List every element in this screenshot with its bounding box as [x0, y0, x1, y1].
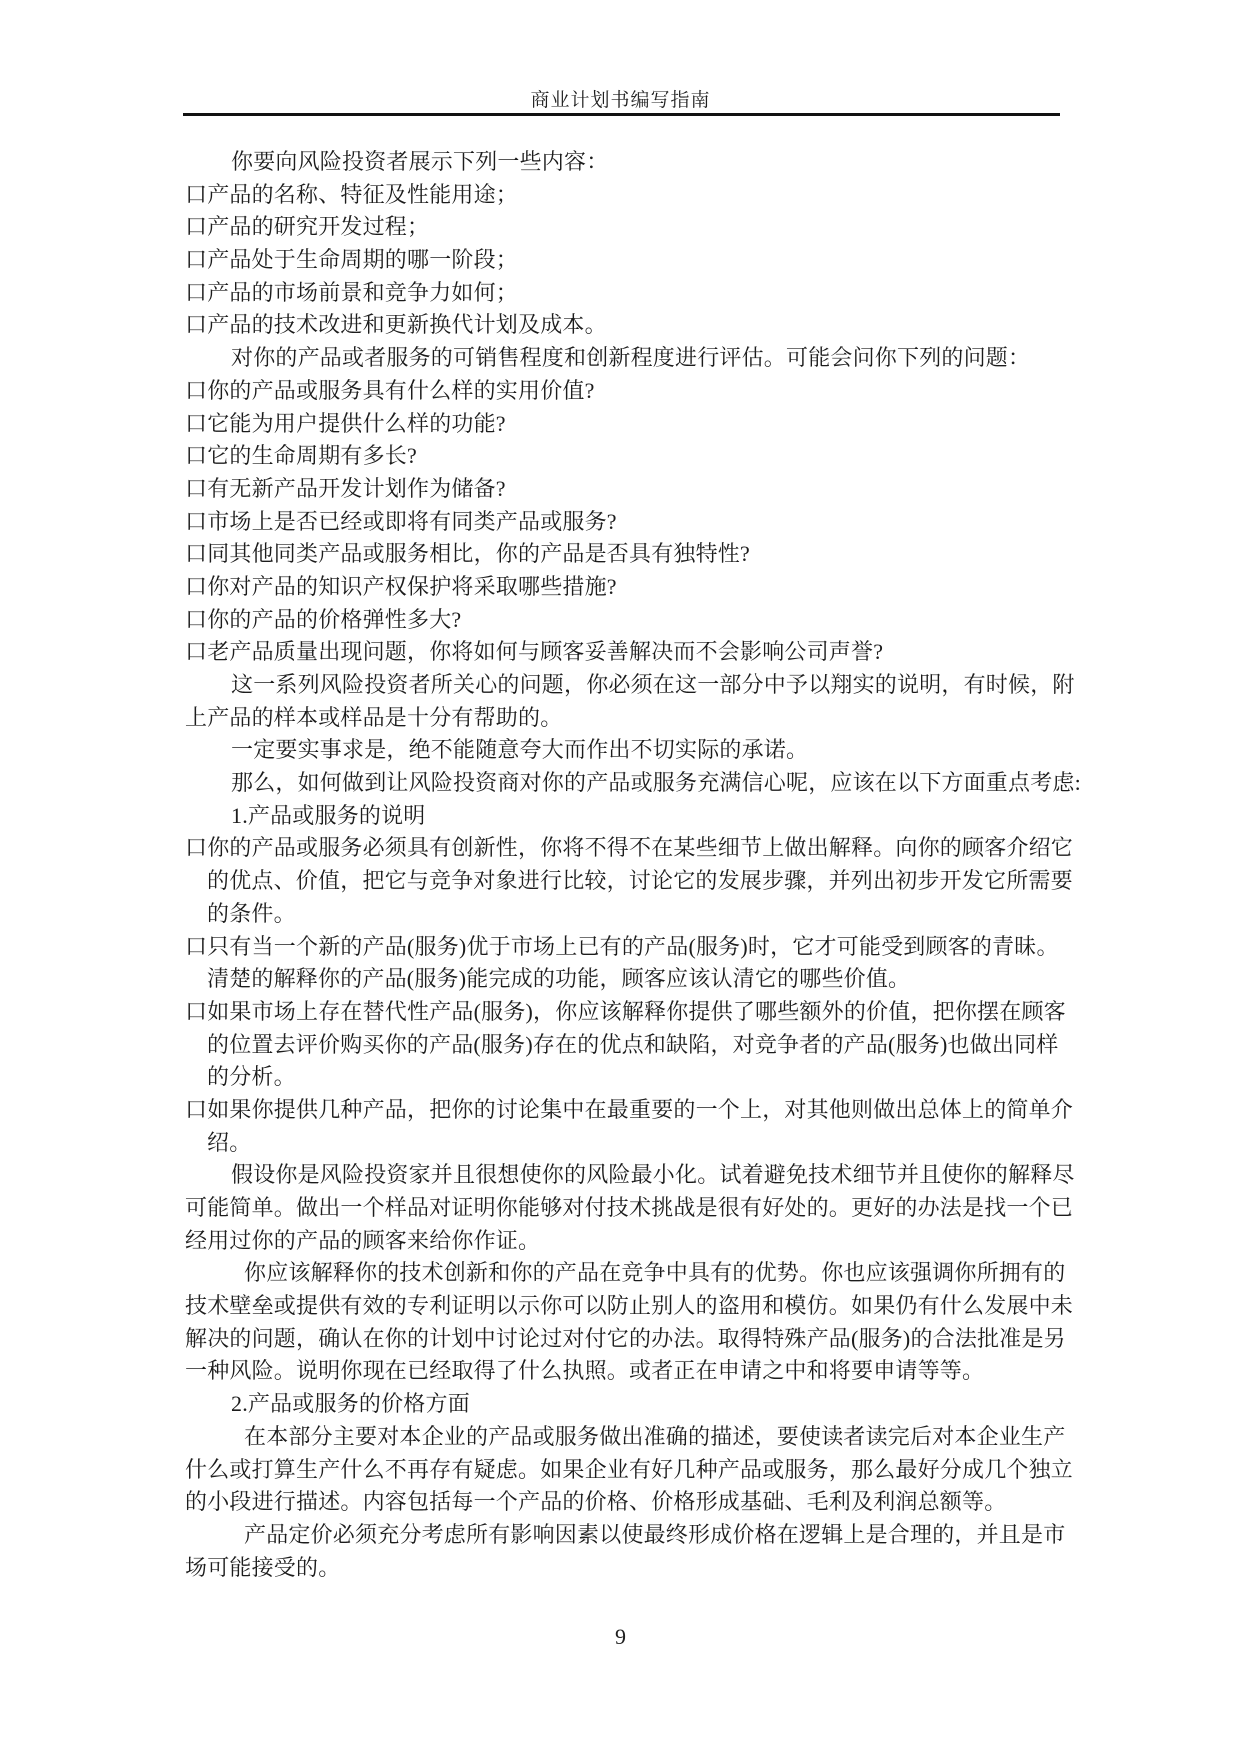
text-line: 可能简单。做出一个样品对证明你能够对付技术挑战是很有好处的。更好的办法是找一个已 [185, 1192, 1065, 1225]
text-line: 口如果市场上存在替代性产品(服务)，你应该解释你提供了哪些额外的价值，把你摆在顾… [185, 996, 1065, 1029]
text-line: 对你的产品或者服务的可销售程度和创新程度进行评估。可能会问你下列的问题： [185, 342, 1065, 375]
text-line: 解决的问题，确认在你的计划中讨论过对付它的办法。取得特殊产品(服务)的合法批准是… [185, 1323, 1065, 1356]
text-line: 的小段进行描述。内容包括每一个产品的价格、价格形成基础、毛利及利润总额等。 [185, 1486, 1065, 1519]
text-line: 口你的产品或服务具有什么样的实用价值? [185, 375, 1065, 408]
page-header-title: 商业计划书编写指南 [0, 85, 1241, 112]
text-line: 经用过你的产品的顾客来给你作证。 [185, 1225, 1065, 1258]
text-line: 口产品的技术改进和更新换代计划及成本。 [185, 309, 1065, 342]
text-line: 这一系列风险投资者所关心的问题，你必须在这一部分中予以翔实的说明，有时候，附 [185, 669, 1065, 702]
text-line: 产品定价必须充分考虑所有影响因素以使最终形成价格在逻辑上是合理的，并且是市 [185, 1519, 1065, 1552]
text-line: 口产品的市场前景和竞争力如何； [185, 277, 1065, 310]
text-line: 口老产品质量出现问题，你将如何与顾客妥善解决而不会影响公司声誉? [185, 636, 1065, 669]
text-line: 你应该解释你的技术创新和你的产品在竞争中具有的优势。你也应该强调你所拥有的 [185, 1257, 1065, 1290]
text-line: 绍。 [185, 1127, 1065, 1160]
text-line: 口它的生命周期有多长? [185, 440, 1065, 473]
text-line: 你要向风险投资者展示下列一些内容： [185, 146, 1065, 179]
text-line: 一定要实事求是，绝不能随意夸大而作出不切实际的承诺。 [185, 734, 1065, 767]
text-line: 口你的产品的价格弹性多大? [185, 604, 1065, 637]
text-line: 技术壁垒或提供有效的专利证明以示你可以防止别人的盗用和模仿。如果仍有什么发展中未 [185, 1290, 1065, 1323]
document-body: 你要向风险投资者展示下列一些内容：口产品的名称、特征及性能用途；口产品的研究开发… [185, 146, 1065, 1584]
text-line: 清楚的解释你的产品(服务)能完成的功能，顾客应该认清它的哪些价值。 [185, 963, 1065, 996]
text-line: 那么，如何做到让风险投资商对你的产品或服务充满信心呢，应该在以下方面重点考虑: [185, 767, 1065, 800]
text-line: 口你的产品或服务必须具有创新性，你将不得不在某些细节上做出解释。向你的顾客介绍它 [185, 832, 1065, 865]
text-line: 口产品的名称、特征及性能用途； [185, 179, 1065, 212]
text-line: 口如果你提供几种产品，把你的讨论集中在最重要的一个上，对其他则做出总体上的简单介 [185, 1094, 1065, 1127]
text-line: 口产品处于生命周期的哪一阶段； [185, 244, 1065, 277]
text-line: 2.产品或服务的价格方面 [185, 1388, 1065, 1421]
text-line: 口你对产品的知识产权保护将采取哪些措施? [185, 571, 1065, 604]
text-line: 假设你是风险投资家并且很想使你的风险最小化。试着避免技术细节并且使你的解释尽 [185, 1159, 1065, 1192]
text-line: 场可能接受的。 [185, 1552, 1065, 1585]
text-line: 一种风险。说明你现在已经取得了什么执照。或者正在申请之中和将要申请等等。 [185, 1355, 1065, 1388]
text-line: 口同其他同类产品或服务相比，你的产品是否具有独特性? [185, 538, 1065, 571]
page-number: 9 [0, 1624, 1241, 1650]
text-line: 的位置去评价购买你的产品(服务)存在的优点和缺陷，对竞争者的产品(服务)也做出同… [185, 1029, 1065, 1062]
text-line: 口有无新产品开发计划作为储备? [185, 473, 1065, 506]
text-line: 口它能为用户提供什么样的功能? [185, 408, 1065, 441]
text-line: 上产品的样本或样品是十分有帮助的。 [185, 702, 1065, 735]
text-line: 的分析。 [185, 1061, 1065, 1094]
text-line: 口市场上是否已经或即将有同类产品或服务? [185, 506, 1065, 539]
text-line: 的条件。 [185, 898, 1065, 931]
text-line: 口产品的研究开发过程； [185, 211, 1065, 244]
document-page: 商业计划书编写指南 你要向风险投资者展示下列一些内容：口产品的名称、特征及性能用… [0, 0, 1241, 1754]
text-line: 1.产品或服务的说明 [185, 800, 1065, 833]
text-line: 什么或打算生产什么不再存有疑虑。如果企业有好几种产品或服务，那么最好分成几个独立 [185, 1454, 1065, 1487]
text-line: 的优点、价值，把它与竞争对象进行比较，讨论它的发展步骤，并列出初步开发它所需要 [185, 865, 1065, 898]
text-line: 在本部分主要对本企业的产品或服务做出准确的描述，要使读者读完后对本企业生产 [185, 1421, 1065, 1454]
header-divider [183, 113, 1060, 116]
text-line: 口只有当一个新的产品(服务)优于市场上已有的产品(服务)时，它才可能受到顾客的青… [185, 931, 1065, 964]
